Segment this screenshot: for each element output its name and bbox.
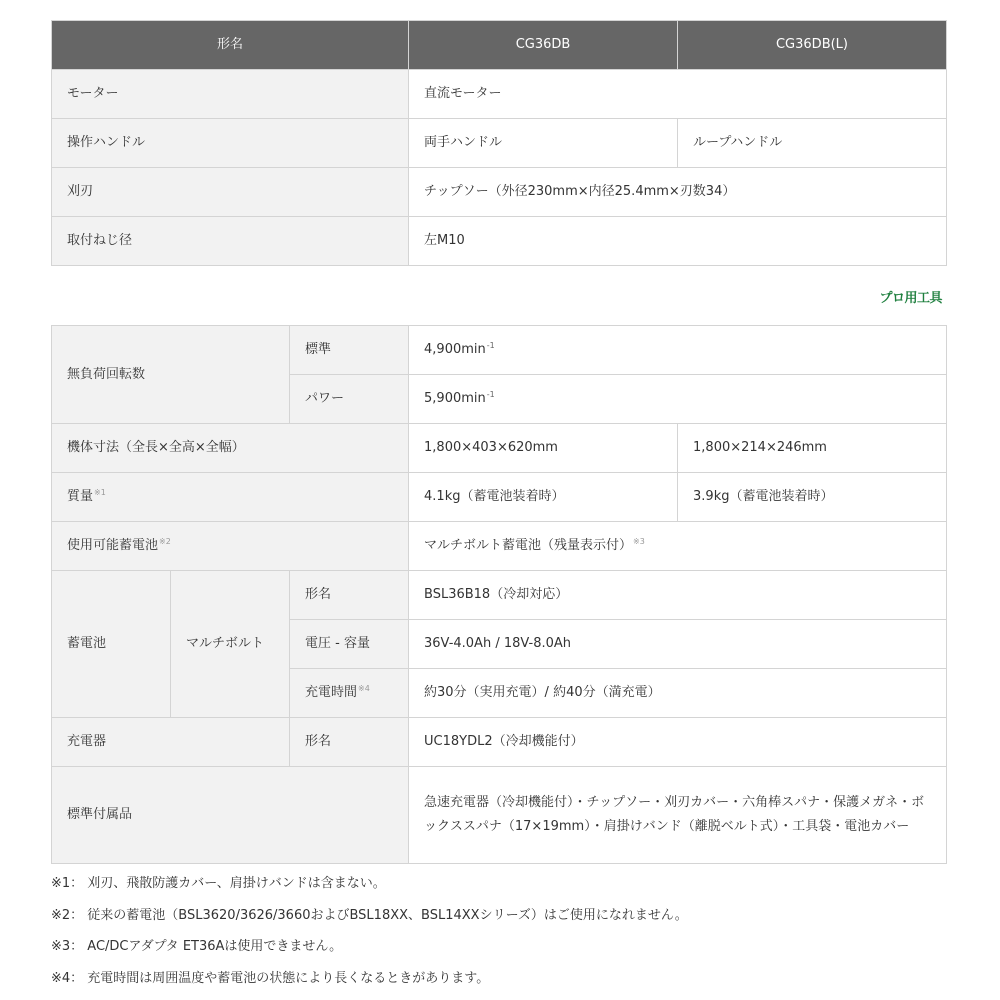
row-label-battery: 蓄電池 [52,571,171,718]
speed-value: 4,900min [424,342,486,357]
value-charge-time: 約30分（実用充電）/ 約40分（満充電） [409,669,947,718]
value-dimensions-a: 1,800×403×620mm [409,424,678,473]
sub-label-power: パワー [290,375,409,424]
row-value-a: 両手ハンドル [409,119,678,168]
footnote-2: ※2： 従来の蓄電池（BSL3620/3626/3660およびBSL18XX、B… [51,906,951,938]
row-label-no-load-speed: 無負荷回転数 [52,326,290,424]
sub-label-model: 形名 [290,571,409,620]
table-row-usable-battery: 使用可能蓄電池※2 マルチボルト蓄電池（残量表示付）※3 [52,522,947,571]
spec-table-top: 形名 CG36DB CG36DB(L) モーター 直流モーター 操作ハンドル 両… [51,20,947,266]
row-value: 左M10 [409,217,947,266]
row-label: モーター [52,70,409,119]
value-charger-model: UC18YDL2（冷却機能付） [409,718,947,767]
value-weight-a: 4.1kg（蓄電池装着時） [409,473,678,522]
speed-unit-sup: -1 [487,390,495,399]
header-cg36db: CG36DB [409,21,678,70]
table-row-dimensions: 機体寸法（全長×全高×全幅） 1,800×403×620mm 1,800×214… [52,424,947,473]
spec-table-bottom: 無負荷回転数 標準 4,900min-1 パワー 5,900min-1 機体寸法… [51,325,947,864]
footnotes: ※1： 刈刃、飛散防護カバー、肩掛けバンドは含まない。 ※2： 従来の蓄電池（B… [51,874,951,1000]
footnote-1: ※1： 刈刃、飛散防護カバー、肩掛けバンドは含まない。 [51,874,951,906]
value-dimensions-b: 1,800×214×246mm [678,424,947,473]
table-row-accessories: 標準付属品 急速充電器（冷却機能付）・チップソー・刈刃カバー・六角棒スパナ・保護… [52,767,947,864]
footnote-ref: ※1 [94,488,106,497]
row-label-accessories: 標準付属品 [52,767,409,864]
row-label-charger: 充電器 [52,718,290,767]
row-label-dimensions: 機体寸法（全長×全高×全幅） [52,424,409,473]
speed-unit-sup: -1 [487,341,495,350]
table-row-charger: 充電器 形名 UC18YDL2（冷却機能付） [52,718,947,767]
header-model-name: 形名 [52,21,409,70]
value-standard-speed: 4,900min-1 [409,326,947,375]
table-row-speed-standard: 無負荷回転数 標準 4,900min-1 [52,326,947,375]
sub-label-standard: 標準 [290,326,409,375]
row-value-b: ループハンドル [678,119,947,168]
table-row-battery-model: 蓄電池 マルチボルト 形名 BSL36B18（冷却対応） [52,571,947,620]
label-text: 充電時間 [305,685,357,700]
row-label-weight: 質量※1 [52,473,409,522]
row-value: 直流モーター [409,70,947,119]
label-text: 使用可能蓄電池 [67,538,158,553]
footnote-ref: ※3 [633,537,645,546]
table-row-blade: 刈刃 チップソー（外径230mm×内径25.4mm×刃数34） [52,168,947,217]
value-accessories: 急速充電器（冷却機能付）・チップソー・刈刃カバー・六角棒スパナ・保護メガネ・ボッ… [409,767,947,864]
pro-tools-badge: プロ用工具 [879,287,942,306]
value-battery-voltage: 36V-4.0Ah / 18V-8.0Ah [409,620,947,669]
footnote-4: ※4： 充電時間は周囲温度や蓄電池の状態により長くなるときがあります。 [51,969,951,1000]
value-usable-battery: マルチボルト蓄電池（残量表示付）※3 [409,522,947,571]
table-row-thread: 取付ねじ径 左M10 [52,217,947,266]
row-label: 刈刃 [52,168,409,217]
header-cg36db-l: CG36DB(L) [678,21,947,70]
footnote-ref: ※4 [358,684,370,693]
sub-label-voltage: 電圧 - 容量 [290,620,409,669]
value-battery-model: BSL36B18（冷却対応） [409,571,947,620]
sub-label-multivolt: マルチボルト [171,571,290,718]
footnote-ref: ※2 [159,537,171,546]
value-text: マルチボルト蓄電池（残量表示付） [424,538,632,553]
table-row-handle: 操作ハンドル 両手ハンドル ループハンドル [52,119,947,168]
row-label: 操作ハンドル [52,119,409,168]
speed-value: 5,900min [424,391,486,406]
label-text: 質量 [67,489,93,504]
row-label-usable-battery: 使用可能蓄電池※2 [52,522,409,571]
footnote-3: ※3： AC/DCアダプタ ET36Aは使用できません。 [51,937,951,969]
table-row-weight: 質量※1 4.1kg（蓄電池装着時） 3.9kg（蓄電池装着時） [52,473,947,522]
value-weight-b: 3.9kg（蓄電池装着時） [678,473,947,522]
value-power-speed: 5,900min-1 [409,375,947,424]
row-value: チップソー（外径230mm×内径25.4mm×刃数34） [409,168,947,217]
table-row-motor: モーター 直流モーター [52,70,947,119]
sub-label-charge-time: 充電時間※4 [290,669,409,718]
row-label: 取付ねじ径 [52,217,409,266]
sub-label-charger-model: 形名 [290,718,409,767]
